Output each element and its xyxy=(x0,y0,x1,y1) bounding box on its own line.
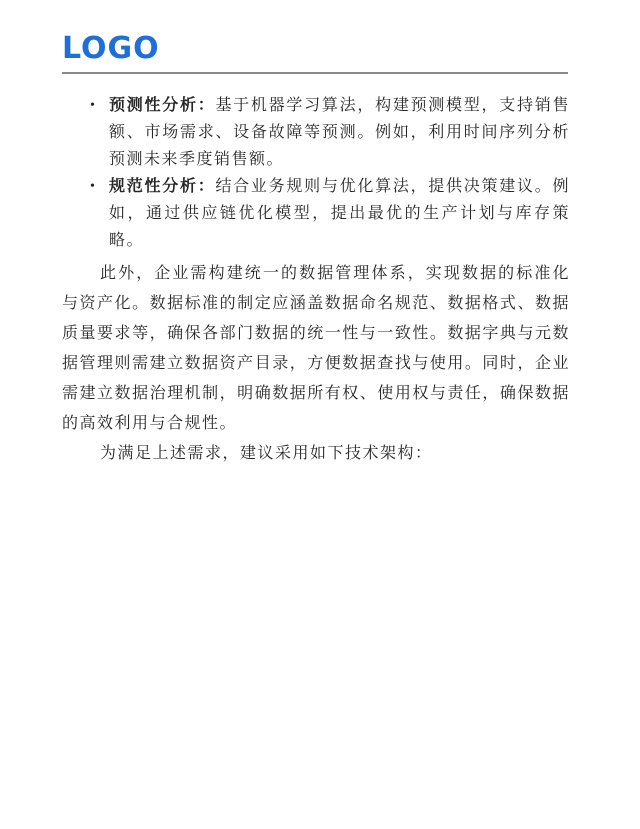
logo: LOGO xyxy=(62,34,568,64)
paragraph-architecture-intro: 为满足上述需求，建议采用如下技术架构： xyxy=(62,439,570,469)
bullet-item-predictive-analysis: • 预测性分析：基于机器学习算法，构建预测模型，支持销售额、市场需求、设备故障等… xyxy=(62,92,570,173)
paragraph-data-management: 此外，企业需构建统一的数据管理体系，实现数据的标准化与资产化。数据标准的制定应涵… xyxy=(62,259,570,439)
bullet-term: 规范性分析： xyxy=(109,178,215,195)
document-body: • 预测性分析：基于机器学习算法，构建预测模型，支持销售额、市场需求、设备故障等… xyxy=(62,92,570,469)
bullet-item-prescriptive-analysis: • 规范性分析：结合业务规则与优化算法，提供决策建议。例如，通过供应链优化模型，… xyxy=(62,173,570,254)
bullet-icon: • xyxy=(90,92,96,119)
page-header: LOGO xyxy=(62,34,568,74)
document-page: LOGO • 预测性分析：基于机器学习算法，构建预测模型，支持销售额、市场需求、… xyxy=(0,0,640,829)
bullet-term: 预测性分析： xyxy=(109,97,215,114)
header-divider xyxy=(62,72,568,74)
bullet-icon: • xyxy=(90,173,96,200)
bullet-list: • 预测性分析：基于机器学习算法，构建预测模型，支持销售额、市场需求、设备故障等… xyxy=(62,92,570,254)
